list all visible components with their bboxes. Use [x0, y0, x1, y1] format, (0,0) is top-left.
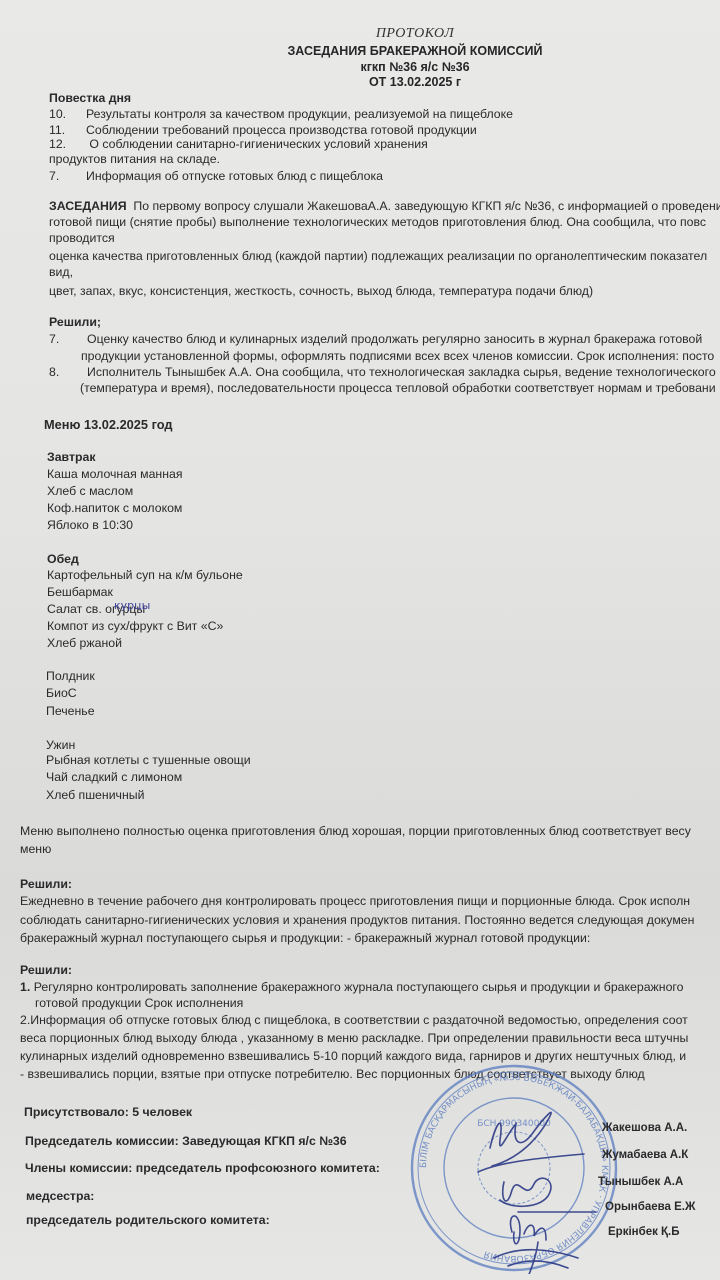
signatory-name: Жакешова А.А.	[602, 1120, 687, 1137]
document-subtitle: ЗАСЕДАНИЯ БРАКЕРАЖНОЙ КОМИССИЙ	[0, 44, 720, 58]
official-stamp-icon: БІЛІМ БАСҚАРМАСЫНЫҢ «№36 БӨБЕКЖАЙ-БАЛАБА…	[408, 1062, 620, 1274]
menu-item: Коф.напиток с молоком	[47, 500, 182, 517]
meeting-paragraph-line: готовой пищи (снятие пробы) выполнение т…	[49, 214, 706, 231]
document-title: ПРОТОКОЛ	[0, 26, 720, 42]
agenda-item: 7.Информация об отпуске готовых блюд с п…	[49, 168, 383, 185]
signatory-name: Тынышбек А.А	[598, 1174, 683, 1191]
handwritten-correction: курцы	[114, 599, 150, 612]
menu-item: Хлеб с маслом	[47, 483, 133, 500]
menu-section-breakfast: Завтрак	[47, 449, 95, 466]
decision-heading: Решили;	[49, 314, 101, 331]
menu-item: Чай сладкий с лимоном	[46, 769, 182, 786]
meeting-paragraph-line: оценка качества приготовленных блюд (каж…	[49, 248, 707, 265]
menu-title: Меню 13.02.2025 год	[44, 416, 173, 433]
decision-line: соблюдать санитарно-гигиенических услови…	[20, 912, 694, 929]
menu-item: Каша молочная манная	[47, 466, 183, 483]
decision-item: 8.Исполнитель Тынышбек А.А. Она сообщила…	[49, 364, 716, 381]
decision-line: бракеражный журнал поступающего сырья и …	[20, 930, 590, 947]
decision-item-continued: веса порционных блюд выходу блюда , указ…	[20, 1030, 688, 1047]
agenda-item: 10.Результаты контроля за качеством прод…	[49, 106, 513, 123]
decision-item: 1. Регулярно контролировать заполнение б…	[20, 979, 683, 996]
svg-text:БСН 990340000: БСН 990340000	[477, 1119, 551, 1129]
svg-text:БІЛІМ БАСҚАРМАСЫНЫҢ «№36 БӨБЕК: БІЛІМ БАСҚАРМАСЫНЫҢ «№36 БӨБЕКЖАЙ-БАЛАБА…	[419, 1073, 609, 1263]
decision-heading: Решили:	[20, 962, 72, 979]
menu-item: Хлеб пшеничный	[46, 787, 144, 804]
decision-item-continued: кулинарных изделий одновременно взвешива…	[20, 1048, 686, 1065]
decision-item-continued: - взвешивались порции, взятые при отпуск…	[20, 1066, 645, 1083]
menu-item: Компот из сух/фрукт с Вит «С»	[47, 618, 223, 635]
agenda-heading: Повестка дня	[49, 90, 131, 107]
menu-item: Картофельный суп на к/м бульоне	[47, 567, 243, 584]
menu-item: Печенье	[46, 703, 95, 720]
commission-chair: Председатель комиссии: Заведующая КГКП я…	[25, 1133, 347, 1150]
attendance-count: Присутствовало: 5 человек	[24, 1104, 192, 1121]
nurse-label: медсестра:	[26, 1188, 94, 1205]
organization-line: кгкп №36 я/с №36	[0, 60, 720, 74]
menu-item: Бешбармак	[47, 584, 113, 601]
meeting-paragraph-line: цвет, запах, вкус, консистенция, жесткос…	[49, 283, 593, 300]
signatory-name: Орынбаева Е.Ж	[605, 1199, 695, 1216]
meeting-paragraph-line: проводится	[49, 230, 115, 247]
decision-line: Ежедневно в течение рабочего дня контрол…	[20, 893, 690, 910]
parent-committee-chair: председатель родительского комитета:	[26, 1212, 270, 1229]
protocol-document: ПРОТОКОЛ ЗАСЕДАНИЯ БРАКЕРАЖНОЙ КОМИССИЙ …	[0, 0, 720, 1280]
meeting-paragraph-line: вид,	[49, 264, 73, 281]
menu-item: БиоС	[46, 685, 77, 702]
menu-summary-line: Меню выполнено полностью оценка приготов…	[20, 823, 691, 840]
decision-item: 2.Информация об отпуске готовых блюд с п…	[20, 1012, 688, 1029]
signatory-name: Еркінбек Қ.Б	[608, 1224, 680, 1241]
signatory-name: Жумабаева А.К	[602, 1147, 688, 1164]
commission-members: Члены комиссии: председатель профсоюзног…	[25, 1160, 380, 1177]
menu-section-lunch: Обед	[47, 551, 79, 568]
meeting-label: ЗАСЕДАНИЯ	[49, 199, 127, 213]
agenda-item-continued: продуктов питания на складе.	[49, 151, 220, 168]
decision-item-continued: готовой продукции Срок исполнения	[35, 995, 243, 1012]
document-date: ОТ 13.02.2025 г	[0, 75, 720, 89]
decision-heading: Решили:	[20, 876, 72, 893]
decision-item-continued: продукции установленной формы, оформлять…	[81, 348, 714, 365]
menu-item: Хлеб ржаной	[47, 635, 122, 652]
menu-section-snack: Полдник	[46, 668, 95, 685]
menu-item: Рыбная котлеты с тушенные овощи	[46, 752, 251, 769]
meeting-paragraph-line: ЗАСЕДАНИЯ По первому вопросу слушали Жак…	[49, 198, 720, 215]
menu-item: Яблоко в 10:30	[47, 517, 133, 534]
decision-item-continued: (температура и время), последовательност…	[80, 380, 716, 397]
decision-item: 7.Оценку качество блюд и кулинарных изде…	[49, 331, 702, 348]
menu-summary-line: меню	[20, 841, 51, 858]
